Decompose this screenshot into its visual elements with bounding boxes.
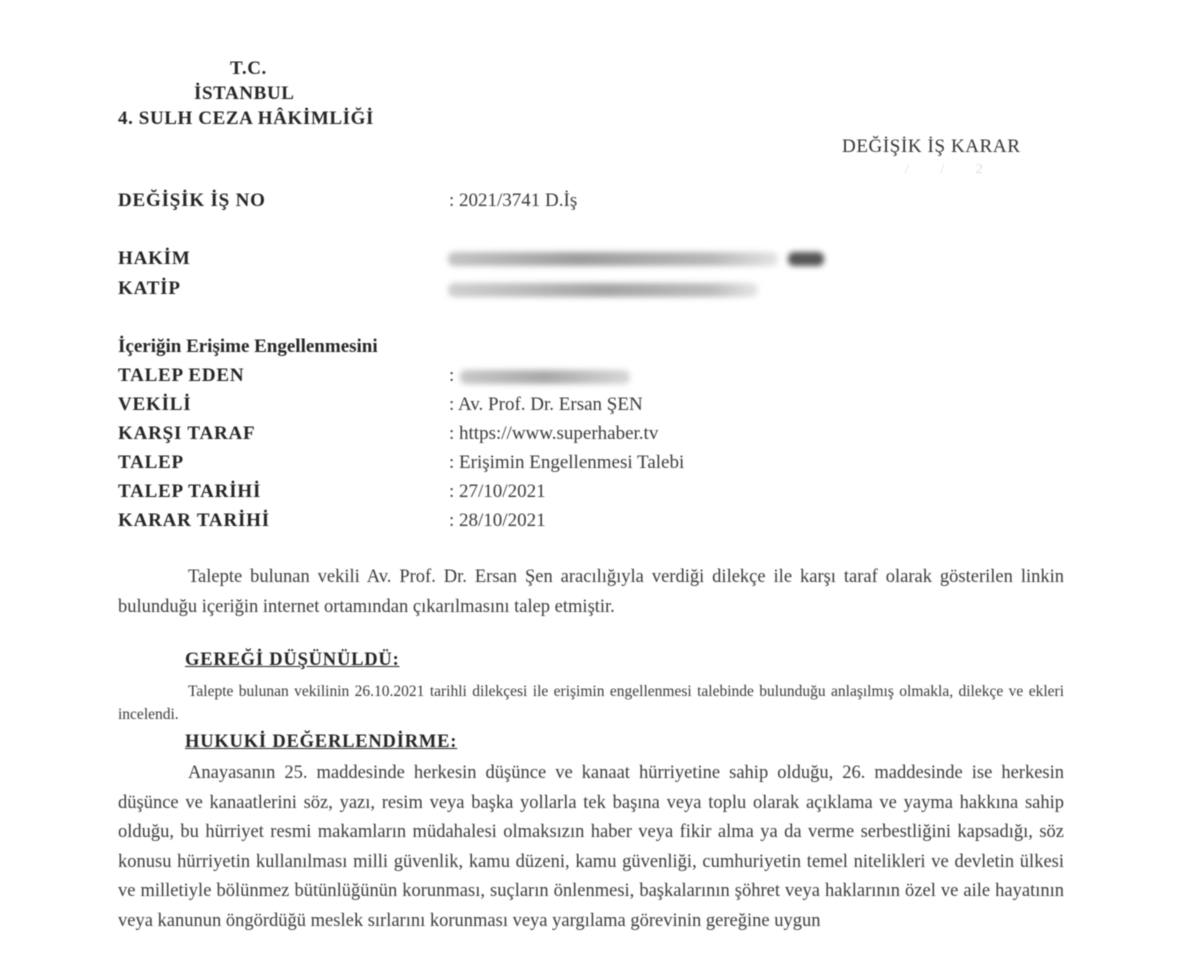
attorney-value: : Av. Prof. Dr. Ersan ŞEN [449,391,643,419]
legal-evaluation-paragraph: Anayasanın 25. maddesinde herkesin düşün… [118,759,1064,936]
clerk-name-redacted [448,283,758,297]
intro-paragraph-text: Talepte bulunan vekili Av. Prof. Dr. Ers… [118,567,1064,617]
intro-paragraph: Talepte bulunan vekili Av. Prof. Dr. Ers… [118,563,1064,622]
court-city: İSTANBUL [118,81,374,106]
request-type-value: : Erişimin Engellenmesi Talebi [449,449,684,477]
attorney-row: VEKİLİ : Av. Prof. Dr. Ersan ŞEN [118,391,1018,419]
considered-paragraph: Talepte bulunan vekilinin 26.10.2021 tar… [118,680,1064,726]
counterparty-value: : https://www.superhaber.tv [449,420,658,448]
requester-row: TALEP EDEN : [118,362,1018,390]
request-date-label: TALEP TARİHİ [118,478,261,506]
decision-date-value: : 28/10/2021 [449,507,546,535]
document-type: DEĞİŞİK İŞ KARAR [842,136,1021,158]
case-number-row: DEĞİŞİK İŞ NO : 2021/3741 D.İş [118,187,1018,215]
clerk-label: KATİP [118,275,181,303]
requester-label: TALEP EDEN [118,362,244,390]
request-section-title: İçeriğin Erişime Engellenmesini [118,336,378,358]
heading-considered: GEREĞİ DÜŞÜNÜLDÜ: [185,650,400,671]
court-country: T.C. [118,56,374,81]
case-number-label: DEĞİŞİK İŞ NO [118,187,266,215]
counterparty-row: KARŞI TARAF : https://www.superhaber.tv [118,420,1018,448]
request-type-label: TALEP [118,449,184,477]
attorney-label: VEKİLİ [118,391,191,419]
requester-name-redacted [460,370,630,384]
legal-evaluation-paragraph-text: Anayasanın 25. maddesinde herkesin düşün… [118,763,1064,931]
counterparty-label: KARŞI TARAF [118,420,255,448]
judge-label: HAKİM [118,245,191,273]
request-type-row: TALEP : Erişimin Engellenmesi Talebi [118,449,1018,477]
faint-stamp-mark: / / 2 [905,162,997,178]
court-decision-document: T.C. İSTANBUL 4. SULH CEZA HÂKİMLİĞİ DEĞ… [0,0,1200,976]
requester-value: : [449,362,454,390]
judge-signature-redacted [788,252,824,266]
request-date-row: TALEP TARİHİ : 27/10/2021 [118,478,1018,506]
case-number-value: : 2021/3741 D.İş [449,187,577,215]
judge-row: HAKİM [118,245,1018,273]
clerk-row: KATİP [118,275,1018,303]
considered-paragraph-text: Talepte bulunan vekilinin 26.10.2021 tar… [118,683,1064,723]
court-name: 4. SULH CEZA HÂKİMLİĞİ [118,106,374,131]
heading-legal-evaluation: HUKUKİ DEĞERLENDİRME: [185,732,457,753]
request-date-value: : 27/10/2021 [449,478,546,506]
decision-date-label: KARAR TARİHİ [118,507,270,535]
judge-name-redacted [448,252,778,266]
court-header: T.C. İSTANBUL 4. SULH CEZA HÂKİMLİĞİ [118,56,374,131]
decision-date-row: KARAR TARİHİ : 28/10/2021 [118,507,1018,535]
